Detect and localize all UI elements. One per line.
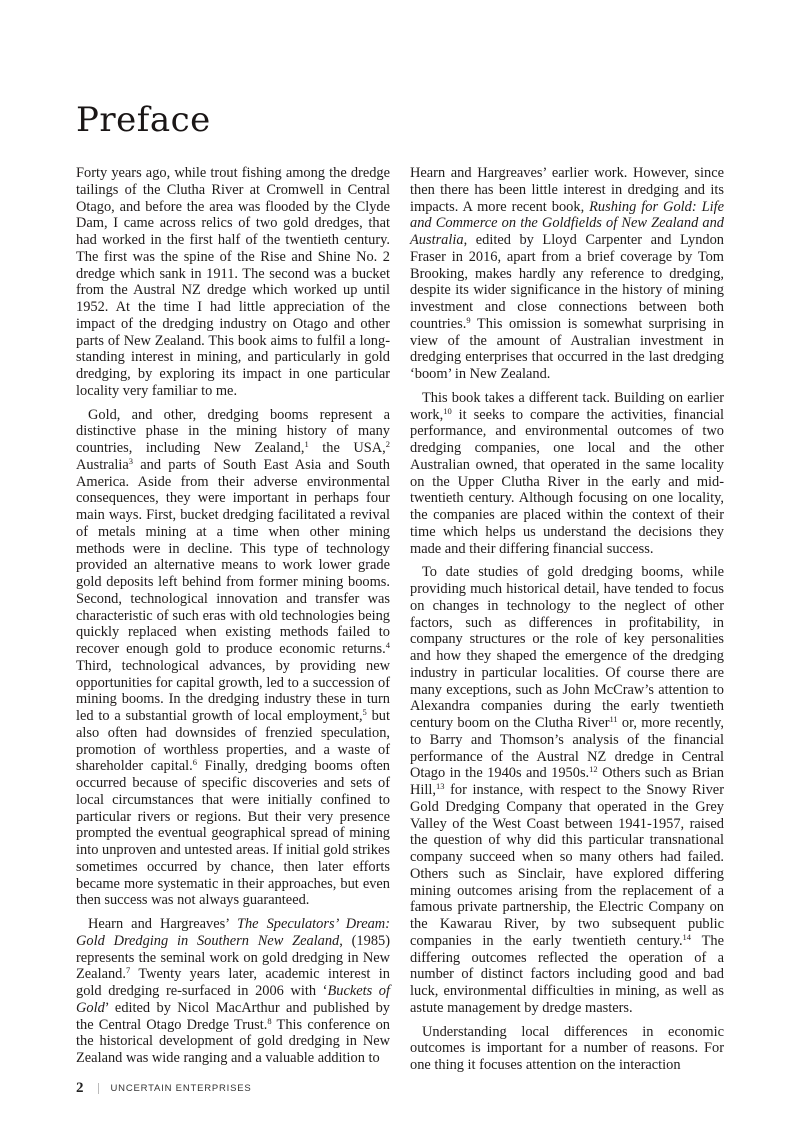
page-title: Preface [76, 100, 211, 140]
left-column: Forty years ago, while trout fishing amo… [76, 165, 390, 1081]
body-text-columns: Forty years ago, while trout fishing amo… [76, 165, 724, 1081]
paragraph-continued: Hearn and Hargreaves’ earlier work. Howe… [410, 165, 724, 383]
footnote-ref-13[interactable]: 13 [436, 781, 445, 791]
footnote-ref-2[interactable]: 2 [386, 439, 390, 449]
paragraph-different-tack: This book takes a different tack. Buildi… [410, 390, 724, 558]
page-number: 2 [76, 1080, 84, 1097]
footnote-ref-10[interactable]: 10 [443, 406, 452, 416]
paragraph-intro: Forty years ago, while trout fishing amo… [76, 165, 390, 400]
paragraph-understanding-differences: Understanding local differences in econo… [410, 1024, 724, 1074]
footnote-ref-11[interactable]: 11 [610, 714, 618, 724]
paragraph-to-date-studies: To date studies of gold dredging booms, … [410, 564, 724, 1016]
paragraph-dredging-booms: Gold, and other, dredging booms represen… [76, 407, 390, 910]
right-column: Hearn and Hargreaves’ earlier work. Howe… [410, 165, 724, 1081]
paragraph-hearn-hargreaves: Hearn and Hargreaves’ The Speculators’ D… [76, 916, 390, 1067]
footnote-ref-12[interactable]: 12 [589, 764, 598, 774]
footer-divider [98, 1083, 99, 1094]
footnote-ref-4[interactable]: 4 [386, 640, 390, 650]
running-head: UNCERTAIN ENTERPRISES [111, 1083, 252, 1094]
footnote-ref-14[interactable]: 14 [683, 932, 692, 942]
page-footer: 2 UNCERTAIN ENTERPRISES [76, 1080, 252, 1097]
